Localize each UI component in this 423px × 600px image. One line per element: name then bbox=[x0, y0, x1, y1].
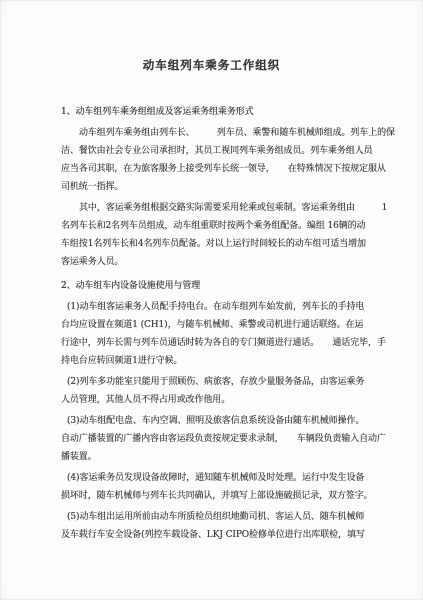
text-line: 行途中，列车长需与列车员通话时转为各自的专门频道进行通话。 通话完毕，手 bbox=[61, 334, 372, 352]
item-2-line: (2)列车多功能室只能用于照顾伤、病旅客，存放少量服务备品，由客运乘务 bbox=[61, 373, 372, 391]
document-body: 1、动车组列车乘务组组成及客运乘务组乘务形式 动车组列车乘务组由列车长、 列车员… bbox=[61, 103, 372, 544]
text-line: 台均应设置在频道1 (CH1)，与随车机械师、乘警或司机进行通话联络。在运 bbox=[61, 316, 372, 334]
item-3-line: (3)动车组配电盘、车内空调、照明及旅客信息系统设备由随车机械师操作。 bbox=[61, 412, 372, 430]
text-line: 名列车长和2名列车员组成，动车组重联时按两个乘务组配备。编组 16辆的动 bbox=[61, 217, 372, 235]
text-line: 其中，客运乘务组根据交路实际需要采用轮乘或包乘制。客运乘务组由 1 bbox=[61, 199, 372, 217]
text-line: 洁、餐饮由社会专业公司承担时，其员工视同列车乘务组成员。列车乘务组人员 bbox=[61, 142, 372, 160]
text-line: 及车载行车安全设备(列控车载设备、LKJ CIPO检修单位进行出库联检，填写 bbox=[61, 526, 372, 544]
text-line: 持电台应转回频道1进行守候。 bbox=[61, 352, 372, 370]
text-line: 损坏时，随车机械师与列车长共同确认，并填写上部设施破损记录，双方签字。 bbox=[61, 487, 372, 505]
text-line: 车组按1名列车长和4名列车员配备。对以上运行时间较长的动车组可适当增加 bbox=[61, 235, 372, 253]
text-line: 司机统一指挥。 bbox=[61, 178, 372, 196]
text-line: 客运乘务人员。 bbox=[61, 253, 372, 271]
item-1-line: (1)动车组客运乘务人员配手持电台。在动车组列车始发前，列车长的手持电 bbox=[61, 298, 372, 316]
item-4-line: (4)客运乘务员发现设备故障时，通知随车机械师及时处理。运行中发生设备 bbox=[61, 469, 372, 487]
text-line: 动车组列车乘务组由列车长、 列车员、乘警和随车机械师组成。列车上的保 bbox=[61, 124, 372, 142]
item-5-line: (5)动车组出运用所前由动车所质检员组织地勤司机、客运人员、随车机械师 bbox=[61, 508, 372, 526]
section-1-heading: 1、动车组列车乘务组组成及客运乘务组乘务形式 bbox=[61, 103, 372, 121]
text-line: 应当各司其职，在为旅客服务上接受列车长统一领导， 在特殊情况下按规定服从 bbox=[61, 160, 372, 178]
text-line: 播装置。 bbox=[61, 448, 372, 466]
document-title: 动车组列车乘务工作组织 bbox=[61, 57, 362, 73]
text-line: 自动广播装置的广播内容由客运段负责按规定要求录制， 车辆段负责输入自动广 bbox=[61, 430, 372, 448]
section-2-heading: 2、动车组车内设备设施使用与管理 bbox=[61, 277, 372, 295]
text-line: 人员管理，其他人员不得占用或改作他用。 bbox=[61, 391, 372, 409]
document-page: 动车组列车乘务工作组织 1、动车组列车乘务组组成及客运乘务组乘务形式 动车组列车… bbox=[0, 0, 423, 600]
